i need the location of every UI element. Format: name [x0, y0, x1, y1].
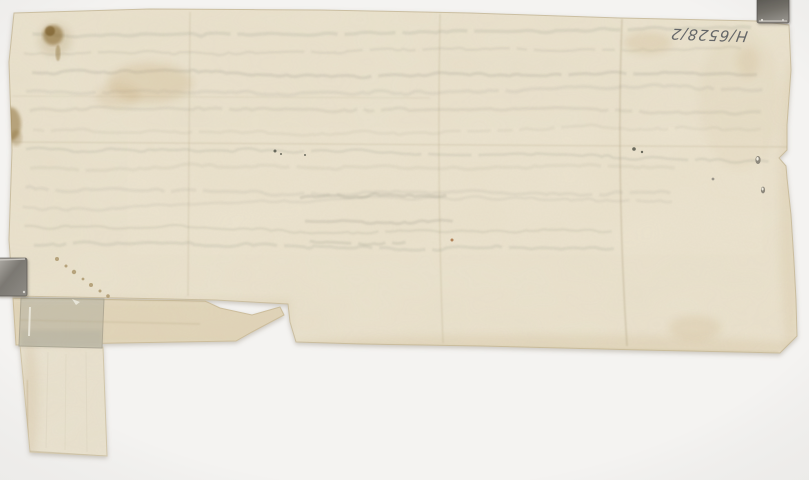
scan-canvas	[0, 0, 809, 480]
archival-scan: H/6528/2	[0, 0, 809, 480]
metal-clip-left-icon	[0, 258, 27, 296]
rust-speck	[451, 239, 454, 242]
archival-reference-mark: H/6528/2	[648, 19, 770, 51]
